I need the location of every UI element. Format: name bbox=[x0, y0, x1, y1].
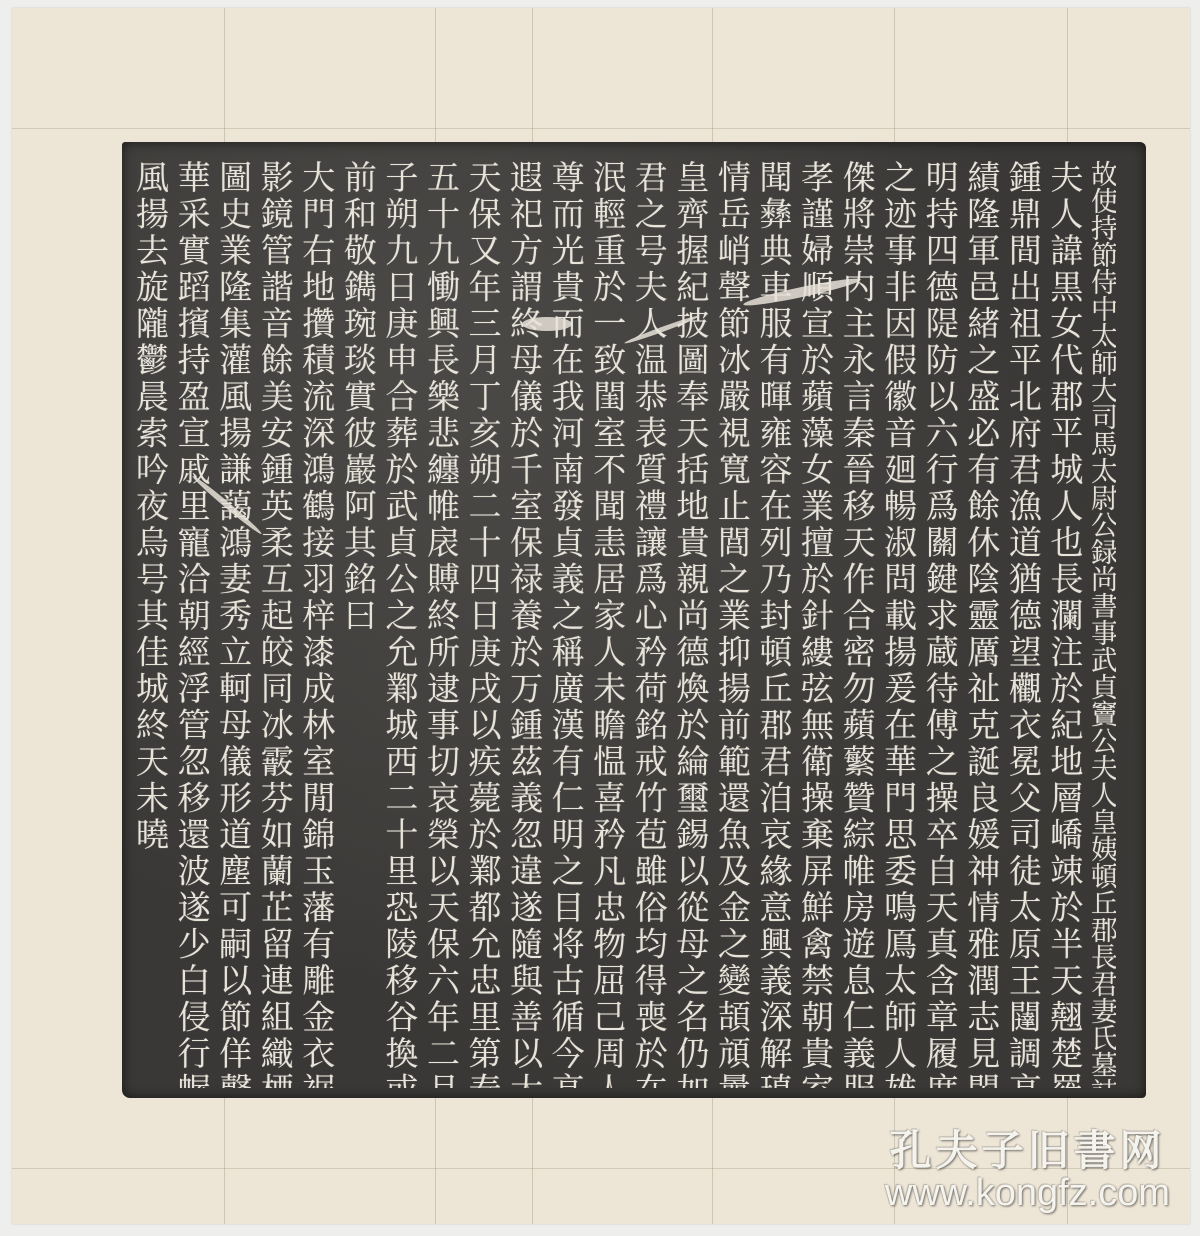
inscription-column: 子朔九日庚申合葬於武貞公之允鄴城西二十里恐陵移谷換或見 bbox=[379, 160, 420, 1088]
inscription-column: 遐祀方謂終母儀於千室保禄養於万鍾茲義忽違遂隨與善以大齊 bbox=[504, 160, 545, 1088]
inscription-column: 大門右地攢積流深鴻鶴接羽梓漆成林室閒錦玉藩有雕金衣裾切 bbox=[296, 160, 337, 1088]
inscription-column: 情岳峭聲節冰嚴視寬止閭之業抑揚前範還魚及金之變頡頏曩今 bbox=[712, 160, 753, 1088]
inscription-column: 孝謹婦順宣於蘋藻女業擅於針縷弦無衛操棄屏鮮禽禁朝貴室昔 bbox=[795, 160, 836, 1088]
paper-fold-line bbox=[12, 128, 1190, 129]
inscription-column: 之迹事非因假徽音廻暢淑問載揚爰在華門思委鳴鳫太師人雄匙 bbox=[878, 160, 919, 1088]
inscription-column: 華采實蹈擯持盈宣戚里寵洽朝經浮管忽移還波遂少白侵行幄 bbox=[172, 160, 213, 1088]
inscription-column: 影鏡管諧音餘美安鍾英柔互起皎同冰霰芬如蘭芷留連組織栖㬥 bbox=[255, 160, 296, 1088]
inscription-column: 圖史業隆集灌風揚謙藹鴻妻秀立軻母儀形道塵可嗣以節佯聲揹 bbox=[213, 160, 254, 1088]
inscription-column: 前和敬鐫琬琰實彼巖阿其銘曰 bbox=[338, 160, 379, 1088]
inscription-column: 尊而光貴而在我河南發貞義之稱廣漢有仁明之目将古循今高擅 bbox=[546, 160, 587, 1088]
inscription-column: 皇齊握紀披圖奉天括地貴親尚德煥於綸璽錫以從母之名仍加長 bbox=[670, 160, 711, 1088]
inscription-column: 明持四德隄防以六行爲關鍵求蔵待傅之操卒自天真含章履度 bbox=[920, 160, 961, 1088]
watermark-site-name: 孔夫子旧書网 bbox=[885, 1118, 1170, 1178]
inscription-column: 風揚去旋隴鬱晨索吟夜烏号其佳城終天未曉 bbox=[130, 160, 171, 1088]
inscription-column: 聞彝典車服有暉雍容在列乃封頓丘郡君洎哀緣意興義深解瑱孀 bbox=[753, 160, 794, 1088]
inscription-column: 泯輕重於一致閨室不聞恚居家人未瞻愠喜矜凡忠物屈己周人謙 bbox=[587, 160, 628, 1088]
watermark-url: www.kongfz.com bbox=[885, 1172, 1170, 1215]
inscription-column: 天保又年三月丁亥朔二十四日庚戌以疾薨於鄴都允忠里第春秋 bbox=[463, 160, 504, 1088]
inscription-column: 夫人諱黒女代郡平城人也長瀾注於紀地層嶠竦於半天翹楚羅生 bbox=[1044, 160, 1085, 1088]
inscription-column: 傑將崇内主永言秦晉移天作合密勿蘋蘩贊綜帷房遊息仁義服膺 bbox=[837, 160, 878, 1088]
inscription-column: 鍾鼎間出祖平北府君漁道猶德望欟衣冕父司徒太原王闥調高風 bbox=[1003, 160, 1044, 1088]
inscription-column: 績隆軍邑緒之盛必有餘休陰靈厲祉克誕良媛神情雅潤志見閑 bbox=[961, 160, 1002, 1088]
inscription-title-column: 故使持節侍中太師大司馬太尉公録尚書事武貞竇公夫人皇姨頓丘郡長君妻氏墓誌銘 bbox=[1086, 160, 1116, 1088]
inscription-columns: 故使持節侍中太師大司馬太尉公録尚書事武貞竇公夫人皇姨頓丘郡長君妻氏墓誌銘 夫人諱… bbox=[130, 160, 1116, 1088]
watermark: 孔夫子旧書网 www.kongfz.com bbox=[885, 1118, 1170, 1215]
inscription-column: 君之号夫人温恭表質禮讓爲心矜荷銘戒竹苞雖俗均得喪於在生 bbox=[629, 160, 670, 1088]
inscription-column: 五十九慟興長樂悲纏帷扆賻終所逮事切哀榮以天保六年二月壬 bbox=[421, 160, 462, 1088]
stone-rubbing: 故使持節侍中太師大司馬太尉公録尚書事武貞竇公夫人皇姨頓丘郡長君妻氏墓誌銘 夫人諱… bbox=[122, 142, 1146, 1098]
